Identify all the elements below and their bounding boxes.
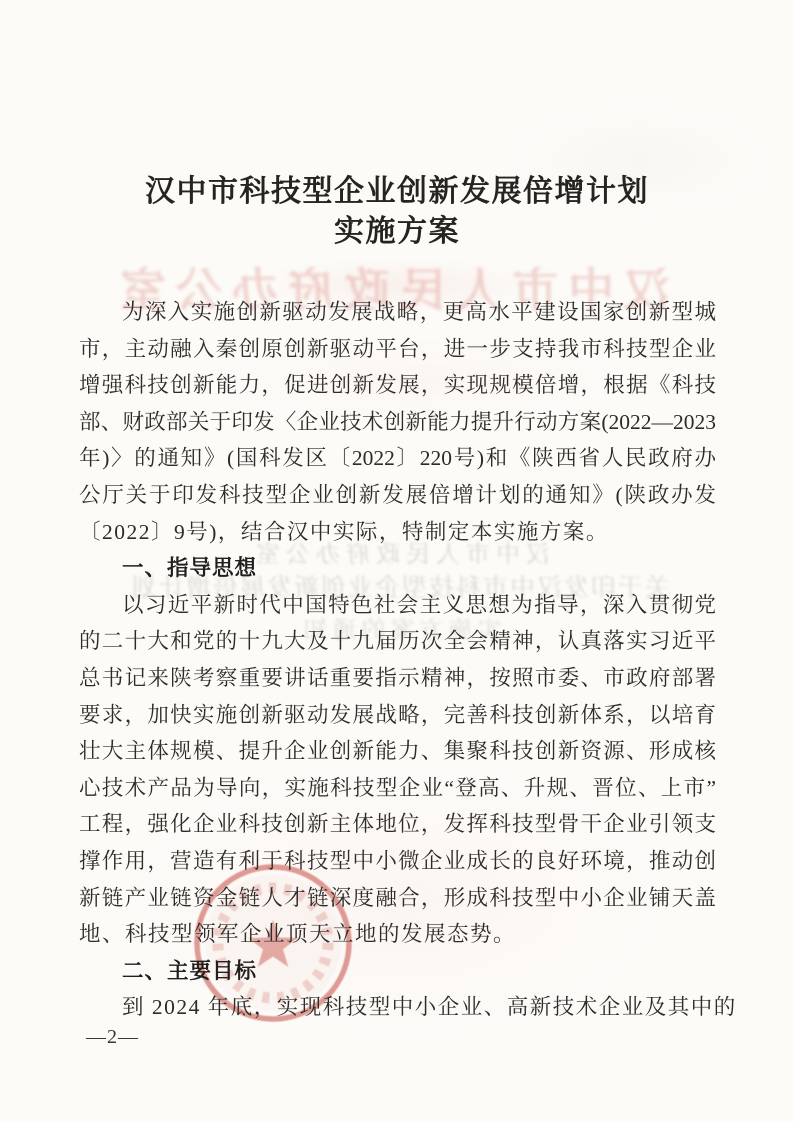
para2-line: 的二十大和党的十九大及十九届历次全会精神，认真落实习近平: [79, 623, 716, 660]
para1-line: 公厅关于印发科技型企业创新发展倍增计划的通知》(陕政办发: [79, 477, 716, 514]
para1-line: 部、财政部关于印发〈企业技术创新能力提升行动方案(2022—2023: [79, 404, 716, 441]
para1-line: 为深入实施创新驱动发展战略，更高水平建设国家创新型城: [79, 294, 716, 331]
para2-line: 新链产业链资金链人才链深度融合，形成科技型中小企业铺天盖: [79, 880, 716, 917]
para1-line: 市，主动融入秦创原创新驱动平台，进一步支持我市科技型企业: [79, 331, 716, 368]
para1-line: 增强科技创新能力，促进创新发展，实现规模倍增，根据《科技: [79, 367, 716, 404]
para2-line: 要求，加快实施创新驱动发展战略，完善科技创新体系，以培育: [79, 697, 716, 734]
para2-line: 以习近平新时代中国特色社会主义思想为指导，深入贯彻党: [79, 587, 716, 624]
para2-line: 撑作用，营造有利于科技型中小微企业成长的良好环境，推动创: [79, 843, 716, 880]
section-heading-1: 一、指导思想: [79, 550, 716, 587]
para2-line: 工程，强化企业科技创新主体地位，发挥科技型骨干企业引领支: [79, 806, 716, 843]
document-title-line2: 实施方案: [0, 212, 794, 252]
para2-line: 总书记来陕考察重要讲话重要指示精神，按照市委、市政府部署: [79, 660, 716, 697]
para2-line: 壮大主体规模、提升企业创新能力、集聚科技创新资源、形成核: [79, 733, 716, 770]
scanned-document-page: 汉中市人民政府办公室 汉中市人民政府办公室 关于印发汉中市科技型企业创新发展倍增…: [0, 0, 794, 1122]
document-title: 汉中市科技型企业创新发展倍增计划 实施方案: [0, 172, 794, 252]
para3-line: 到 2024 年底，实现科技型中小企业、高新技术企业及其中的: [79, 989, 716, 1026]
page-number: —2—: [86, 1026, 139, 1049]
document-title-line1: 汉中市科技型企业创新发展倍增计划: [0, 172, 794, 212]
para2-line: 心技术产品为导向，实施科技型企业“登高、升规、晋位、上市”: [79, 770, 716, 807]
para2-line: 地、科技型领军企业顶天立地的发展态势。: [79, 916, 716, 953]
para1-line: 〔2022〕9号)，结合汉中实际，特制定本实施方案。: [79, 514, 716, 551]
document-body: 为深入实施创新驱动发展战略，更高水平建设国家创新型城 市，主动融入秦创原创新驱动…: [79, 294, 716, 1026]
para1-line: 年)〉的通知》(国科发区〔2022〕220号)和《陕西省人民政府办: [79, 440, 716, 477]
section-heading-2: 二、主要目标: [79, 953, 716, 990]
